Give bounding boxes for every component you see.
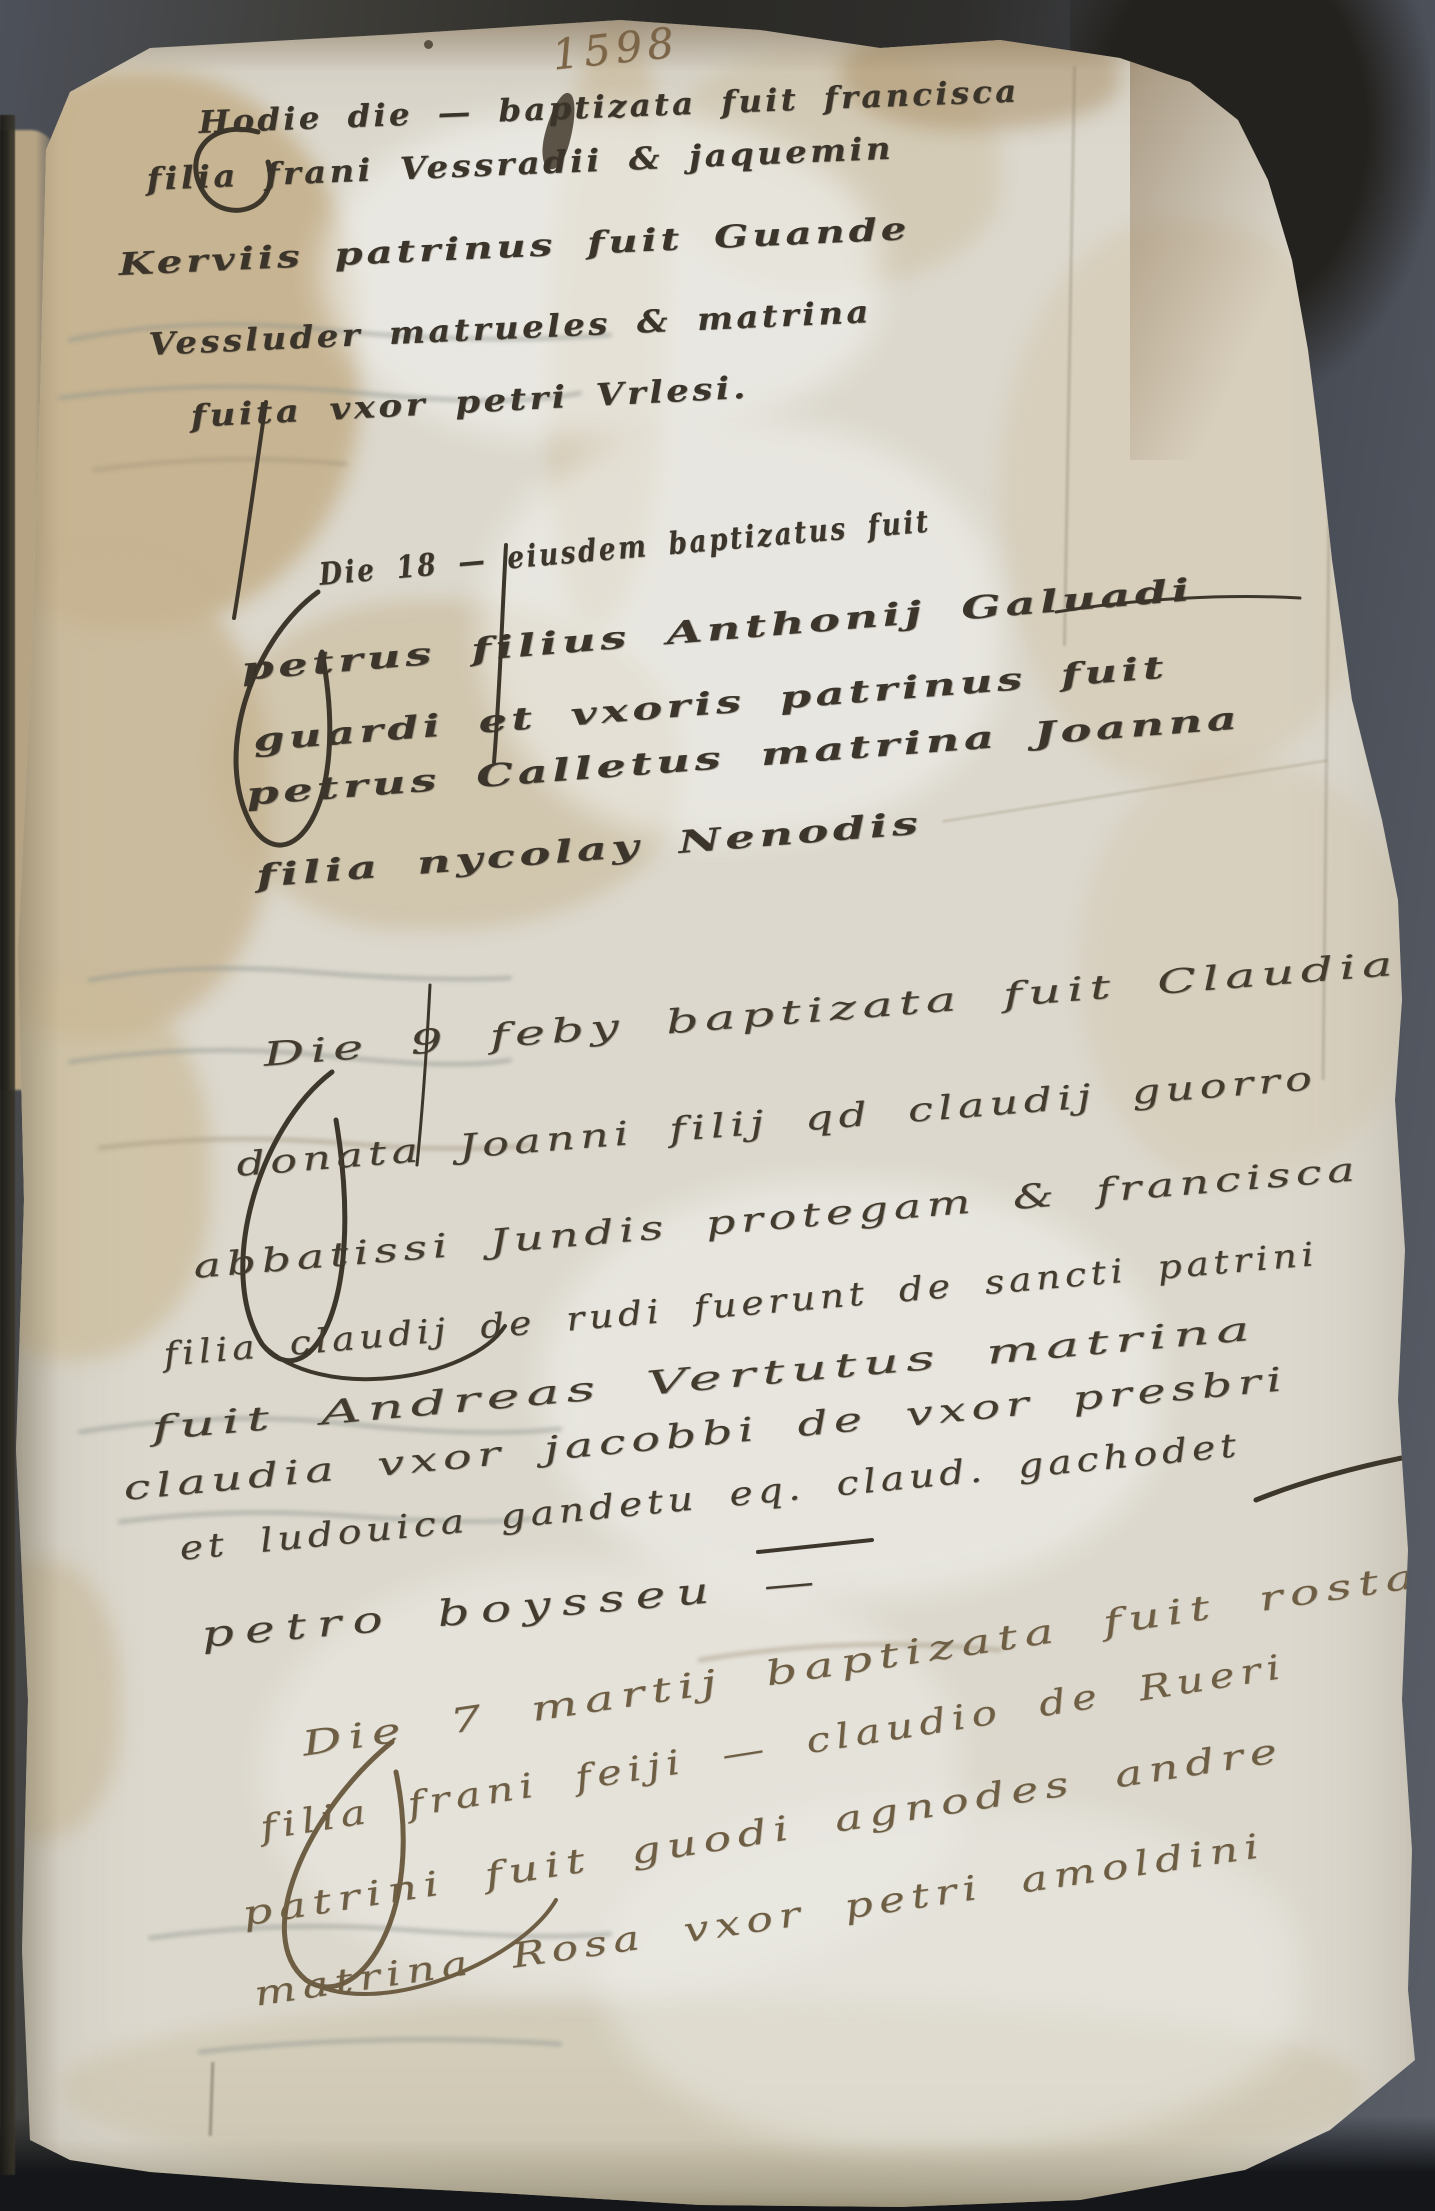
manuscript-page: 1598 Hodie die — baptizata fuit francisc… [0, 0, 1435, 2211]
binding-gutter [0, 115, 15, 2175]
photo-backdrop: 1598 Hodie die — baptizata fuit francisc… [0, 0, 1435, 2211]
ink-speck [424, 40, 433, 49]
